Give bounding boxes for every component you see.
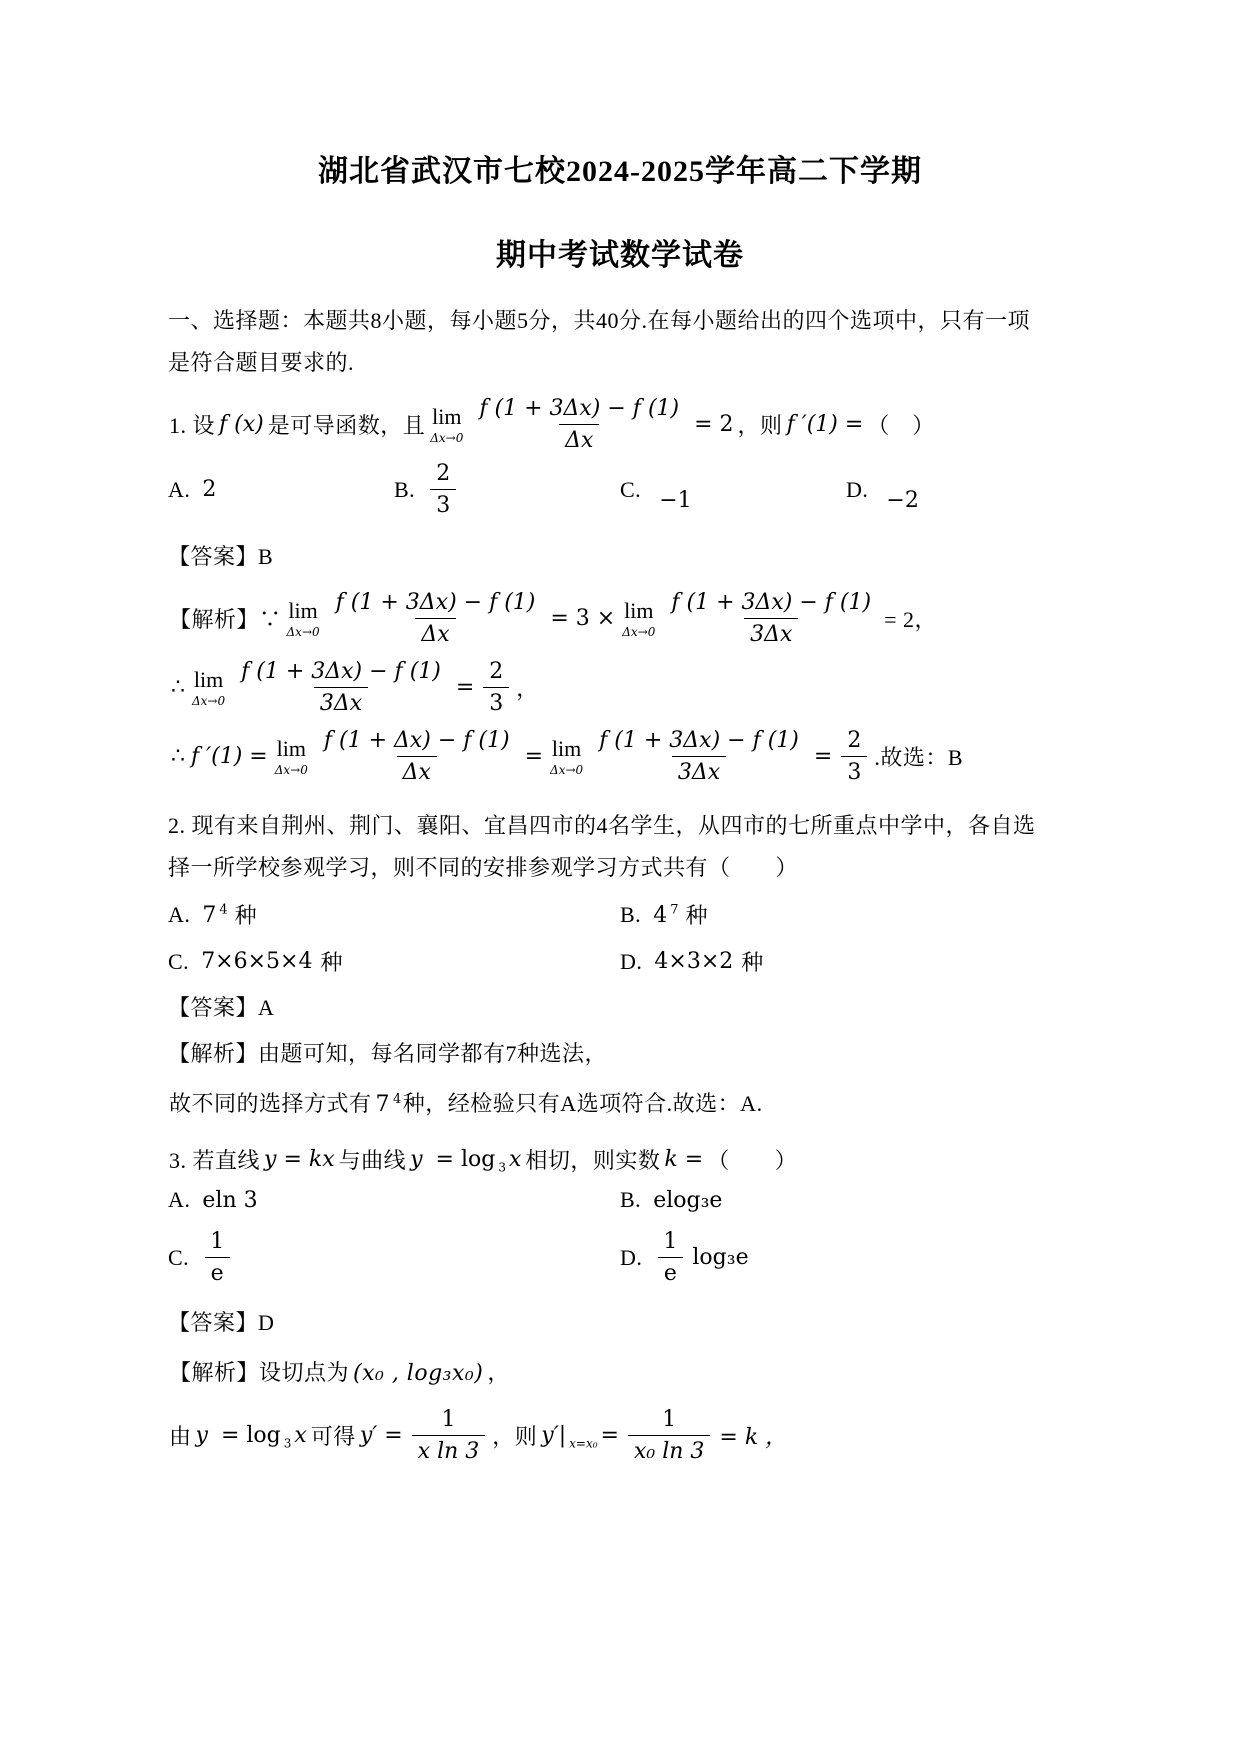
fraction-numerator: 1: [657, 1229, 683, 1257]
curve-equation: y = log3x: [407, 1146, 524, 1174]
fraction-denominator: 3Δx: [314, 687, 368, 716]
limit-subscript: Δx→0: [287, 626, 320, 638]
q2-stem-line2: 择一所学校参观学习，则不同的安排参观学习方式共有（ ）: [168, 847, 1072, 889]
limit-notation: lim Δx→0: [275, 738, 308, 776]
explanation-label: 【解析】∵: [168, 603, 283, 634]
q2-explanation-line2: 故不同的选择方式有74种，经检验只有A选项符合.故选：A.: [168, 1079, 1072, 1126]
section-heading-line1: 一、选择题：本题共8小题，每小题5分，共40分.在每小题给出的四个选项中，只有一…: [168, 300, 1072, 342]
option-value: −2: [883, 488, 921, 513]
limit-word: lim: [277, 738, 306, 760]
q3-stem: 3. 若直线 y = kx 与曲线 y = log3x 相切，则实数 k = （…: [168, 1144, 1072, 1175]
fraction: 1 e: [657, 1229, 683, 1286]
fraction-denominator: e: [658, 1257, 683, 1286]
q3-option-d: D. 1 e log₃e: [620, 1229, 1072, 1286]
limit-word: lim: [624, 600, 653, 622]
fraction-denominator: 3: [841, 756, 867, 785]
fraction: f (1 + 3Δx) − f (1) 3Δx: [593, 728, 805, 785]
q1-stem-text-2: 是可导函数，且: [267, 409, 427, 440]
limit-notation: lim Δx→0: [622, 600, 655, 638]
fraction-denominator: Δx: [415, 618, 455, 647]
f-prime-equals: f ′(1) =: [188, 744, 271, 769]
q2-option-d: D. 4×3×2 种: [620, 946, 1072, 977]
equals-sign: =: [811, 744, 835, 769]
equals-sign: =: [522, 744, 546, 769]
q1-option-a: A. 2: [168, 477, 394, 503]
unit-text: 种: [319, 946, 344, 977]
unit-text: 种: [740, 946, 765, 977]
fraction-numerator: 2: [841, 728, 867, 756]
log-term: log₃e: [689, 1245, 751, 1270]
evaluation-subscript: x=x₀: [569, 1436, 597, 1450]
option-value: 47: [650, 902, 678, 928]
fraction: 1 x ln 3: [412, 1407, 486, 1464]
fraction-denominator: x₀ ln 3: [628, 1435, 710, 1464]
log-base: 3: [498, 1160, 506, 1174]
equals-k: = k ，: [716, 1420, 790, 1451]
fraction: 1 x₀ ln 3: [628, 1407, 710, 1464]
comma: ，: [515, 672, 540, 703]
option-value: 7×6×5×4: [198, 949, 315, 974]
q3-options: A. eln 3 B. elog₃e C. 1 e D. 1 e log₃e: [168, 1187, 1072, 1286]
therefore-symbol: ∴: [168, 675, 188, 700]
q2-stem-line1: 2. 现有来自荆州、荆门、襄阳、宜昌四市的4名学生，从四市的七所重点中学中，各自…: [168, 805, 1072, 847]
limit-notation: lim Δx→0: [550, 738, 583, 776]
conclusion-text: .故选：B: [873, 741, 964, 772]
q2-option-a: A. 74 种: [168, 899, 620, 930]
limit-word: lim: [432, 406, 461, 428]
exponent: 4: [393, 1092, 402, 1107]
option-label: B.: [394, 477, 415, 503]
fraction-denominator: e: [205, 1257, 230, 1286]
fraction-numerator: 2: [430, 461, 456, 489]
fraction-numerator: f (1 + Δx) − f (1): [318, 728, 516, 756]
q3-answer: 【答案】D: [168, 1302, 1072, 1344]
log-word: = log: [433, 1147, 499, 1172]
option-value: 74: [199, 902, 227, 928]
q2-option-c: C. 7×6×5×4 种: [168, 946, 620, 977]
q1-explanation-line3: ∴ f ′(1) = lim Δx→0 f (1 + Δx) − f (1) Δ…: [168, 728, 1072, 785]
variable-x: x: [506, 1147, 524, 1172]
variable-y: y: [193, 1423, 218, 1448]
q1-option-b: B. 2 3: [394, 461, 620, 518]
option-label: D.: [846, 477, 868, 503]
option-label: C.: [168, 949, 189, 975]
fraction-denominator: Δx: [559, 424, 599, 453]
fraction: f (1 + 3Δx) − f (1) 3Δx: [235, 659, 447, 716]
option-label: A.: [168, 477, 190, 503]
fraction-numerator: 1: [435, 1407, 461, 1435]
q3-stem-text-3: 相切，则实数: [524, 1144, 661, 1175]
curve-equation: y = log3x: [193, 1422, 310, 1450]
base-number: 4: [650, 903, 670, 928]
exam-title-line1: 湖北省武汉市七校2024-2025学年高二下学期: [168, 146, 1072, 190]
fraction-denominator: 3: [483, 687, 509, 716]
fraction-numerator: f (1 + 3Δx) − f (1): [593, 728, 805, 756]
comma: ，: [486, 1360, 511, 1385]
therefore-symbol: ∴: [168, 744, 188, 769]
q2-answer: 【答案】A: [168, 987, 1072, 1029]
q1-stem-text-1: 1. 设: [168, 409, 216, 440]
limit-subscript: Δx→0: [622, 626, 655, 638]
fraction: 2 3: [483, 659, 509, 716]
fraction-denominator: x ln 3: [412, 1435, 486, 1464]
q3-stem-text-1: 3. 若直线: [168, 1144, 261, 1175]
fraction-numerator: f (1 + 3Δx) − f (1): [473, 396, 685, 424]
y-prime-bar: y′|: [538, 1423, 569, 1448]
q1-function-fx: f (x): [216, 412, 267, 437]
q2-options: A. 74 种 B. 47 种 C. 7×6×5×4 种 D. 4×3×2 种: [168, 899, 1072, 977]
exponent: 4: [219, 902, 227, 917]
q2-option-b: B. 47 种: [620, 899, 1072, 930]
equals-2: = 2，: [883, 603, 938, 634]
q1-stem: 1. 设 f (x) 是可导函数，且 lim Δx→0 f (1 + 3Δx) …: [168, 396, 1072, 453]
limit-subscript: Δx→0: [275, 764, 308, 776]
fraction-numerator: 1: [656, 1407, 682, 1435]
limit-notation: lim Δx→0: [192, 669, 225, 707]
conclusion-text: 种，经检验只有A选项符合.故选：A.: [402, 1091, 764, 1116]
exam-document-page: 湖北省武汉市七校2024-2025学年高二下学期 期中考试数学试卷 一、选择题：…: [0, 0, 1240, 1464]
fraction-denominator: Δx: [397, 756, 437, 785]
q3-answer-blank-parens: （ ）: [706, 1144, 798, 1175]
option-value: elog₃e: [650, 1188, 725, 1213]
variable-x: x: [291, 1423, 309, 1448]
base-number: 7: [199, 903, 219, 928]
log-word: = log: [218, 1423, 284, 1448]
exam-title-line2: 期中考试数学试卷: [168, 230, 1072, 274]
limit-word: lim: [552, 738, 581, 760]
limit-subscript: Δx→0: [192, 695, 225, 707]
q1-answer: 【答案】B: [168, 536, 1072, 578]
option-label: A.: [168, 1187, 190, 1213]
option-label: B.: [620, 902, 641, 928]
option-value: 2: [199, 477, 219, 502]
option-label: C.: [620, 477, 641, 503]
option-label: A.: [168, 902, 190, 928]
derivative-evaluated: y′|x=x₀: [538, 1422, 597, 1450]
fraction: f (1 + 3Δx) − f (1) Δx: [330, 590, 542, 647]
option-value: 4×3×2: [651, 949, 736, 974]
exponent: 7: [670, 902, 678, 917]
q1-options: A. 2 B. 2 3 C. −1 D. −2: [168, 461, 1072, 518]
q3-option-b: B. elog₃e: [620, 1187, 1072, 1213]
equals-3-times: = 3 ×: [547, 606, 618, 631]
q1-equals-2: = 2: [691, 412, 736, 437]
q1-stem-text-3: ，则: [737, 409, 784, 440]
fraction: f (1 + 3Δx) − f (1) Δx: [473, 396, 685, 453]
variable-y: y: [407, 1147, 432, 1172]
fraction-denominator: 3Δx: [744, 618, 798, 647]
q3-option-a: A. eln 3: [168, 1187, 620, 1213]
fraction-denominator: 3Δx: [672, 756, 726, 785]
fraction: 1 e: [204, 1229, 230, 1286]
fraction: f (1 + Δx) − f (1) Δx: [318, 728, 516, 785]
fraction-numerator: 1: [204, 1229, 230, 1257]
limit-word: lim: [288, 600, 317, 622]
explanation-text: ，则: [491, 1420, 538, 1451]
q1-option-c: C. −1: [620, 477, 846, 503]
equals-sign: =: [453, 675, 477, 700]
base-number: 7: [373, 1092, 394, 1117]
line-equation: y = kx: [261, 1147, 338, 1172]
q3-stem-text-2: 与曲线: [338, 1144, 408, 1175]
fraction: f (1 + 3Δx) − f (1) 3Δx: [665, 590, 877, 647]
explanation-text: 故不同的选择方式有: [168, 1091, 373, 1116]
option-value: eln 3: [199, 1188, 260, 1213]
q3-option-c: C. 1 e: [168, 1229, 620, 1286]
equals-sign: =: [598, 1423, 622, 1448]
fraction: 2 3: [841, 728, 867, 785]
tangent-point: (x₀ , log₃x₀): [350, 1361, 486, 1386]
fraction-numerator: 2: [483, 659, 509, 687]
unit-text: 种: [684, 899, 709, 930]
limit-subscript: Δx→0: [430, 432, 463, 444]
variable-k-equals: k =: [661, 1147, 706, 1172]
explanation-text: 【解析】设切点为: [168, 1360, 350, 1385]
explanation-text: 由: [168, 1420, 193, 1451]
q3-explanation-line2: 由 y = log3x 可得 y′ = 1 x ln 3 ，则 y′|x=x₀ …: [168, 1407, 1072, 1464]
limit-notation: lim Δx→0: [430, 406, 463, 444]
option-value: −1: [656, 488, 694, 513]
limit-word: lim: [194, 669, 223, 691]
option-label: B.: [620, 1187, 641, 1213]
option-label: C.: [168, 1245, 189, 1271]
q2-explanation-line1: 【解析】由题可知，每名同学都有7种选法，: [168, 1033, 1072, 1075]
fraction-numerator: f (1 + 3Δx) − f (1): [665, 590, 877, 618]
fraction: 2 3: [430, 461, 456, 518]
derivative-equals: y′ =: [357, 1423, 406, 1448]
fraction-numerator: f (1 + 3Δx) − f (1): [235, 659, 447, 687]
q3-explanation-line1: 【解析】设切点为(x₀ , log₃x₀)，: [168, 1352, 1072, 1395]
explanation-text: 可得: [310, 1420, 357, 1451]
option-label: D.: [620, 1245, 642, 1271]
q1-f-prime: f ′(1) =: [784, 412, 867, 437]
q1-option-d: D. −2: [846, 477, 1072, 503]
section-heading-line2: 是符合题目要求的.: [168, 342, 1072, 384]
fraction-denominator: 3: [430, 489, 456, 518]
limit-notation: lim Δx→0: [287, 600, 320, 638]
unit-text: 种: [234, 899, 259, 930]
q1-explanation-line1: 【解析】∵ lim Δx→0 f (1 + 3Δx) − f (1) Δx = …: [168, 590, 1072, 647]
limit-subscript: Δx→0: [550, 764, 583, 776]
option-label: D.: [620, 949, 642, 975]
q1-explanation-line2: ∴ lim Δx→0 f (1 + 3Δx) − f (1) 3Δx = 2 3…: [168, 659, 1072, 716]
q1-answer-blank-parens: （ ）: [866, 409, 936, 440]
fraction-numerator: f (1 + 3Δx) − f (1): [330, 590, 542, 618]
